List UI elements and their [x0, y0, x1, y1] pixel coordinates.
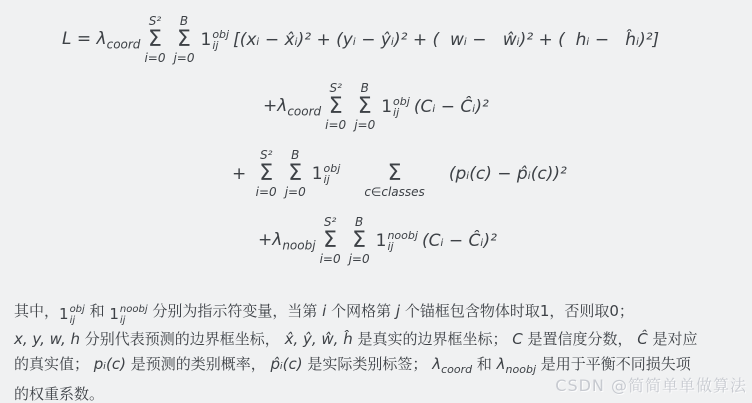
sum-grid-cells: S² Σ i=0: [144, 15, 165, 65]
variable-confidence-hat: Ĉ: [637, 330, 647, 348]
sigma-icon: Σ: [148, 28, 162, 52]
sigma-icon: Σ: [388, 162, 402, 186]
note-line-3: 的真实值； pᵢ(c) 是预测的类别概率， p̂ᵢ(c) 是实际类别标签； λc…: [14, 352, 746, 382]
loss-line-localization: L = λcoord S² Σ i=0 B Σ j=0 1 objij [(xᵢ…: [62, 15, 752, 65]
indicator-subscript: ij: [387, 241, 417, 252]
lambda-symbol: λ: [432, 355, 441, 373]
indicator-subscript: ij: [70, 315, 85, 326]
sigma-icon: Σ: [329, 95, 343, 119]
indicator-noobj: 1 noobjij: [376, 230, 418, 252]
sum-grid-cells: S² Σ i=0: [320, 216, 341, 266]
term-coefficient: +λcoord: [263, 96, 321, 118]
lambda-symbol: λ: [277, 96, 287, 116]
term-coefficient: +λnoobj: [258, 230, 316, 252]
yolo-loss-formula: L = λcoord S² Σ i=0 B Σ j=0 1 objij [(xᵢ…: [0, 0, 752, 266]
indicator-obj-inline: 1objij: [59, 302, 85, 327]
note-text: 的权重系数。: [14, 385, 104, 403]
indicator-base: 1: [201, 30, 212, 50]
indicator-scripts: objij: [324, 163, 341, 185]
indicator-base: 1: [59, 302, 69, 327]
note-text: 分别为指示符变量，当第: [148, 302, 323, 320]
indicator-base: 1: [109, 302, 119, 327]
sum-lower-limit: i=0: [325, 119, 346, 132]
lambda-subscript: coord: [287, 104, 321, 118]
sum-boxes: B Σ j=0: [285, 149, 306, 199]
indicator-obj: 1 objij: [381, 96, 410, 118]
note-text: 是真实的边界框坐标；: [353, 330, 513, 348]
lambda-symbol: λ: [272, 230, 282, 250]
class-probability-loss-terms: (pᵢ(c) − p̂ᵢ(c))²: [449, 164, 567, 184]
variables-xywh: x, y, w, h: [14, 330, 80, 348]
sum-boxes: B Σ j=0: [354, 82, 375, 132]
variable-class-prob-hat: p̂ᵢ(c): [270, 355, 302, 373]
sum-lower-limit: j=0: [354, 119, 375, 132]
note-text: 是置信度分数，: [523, 330, 638, 348]
sigma-icon: Σ: [352, 229, 366, 253]
sigma-icon: Σ: [358, 95, 372, 119]
indicator-obj: 1 objij: [201, 29, 230, 51]
coordinate-loss-terms: [(xᵢ − x̂ᵢ)² + (yᵢ − ŷᵢ)² + ( wᵢ − ŵᵢ)² …: [233, 30, 659, 50]
note-text: 和: [85, 302, 110, 320]
indicator-noobj-inline: 1noobjij: [109, 302, 147, 327]
indicator-subscript: ij: [393, 107, 410, 118]
lambda-subscript: coord: [107, 37, 141, 51]
indicator-scripts: noobjij: [120, 304, 148, 326]
note-text: 的真实值；: [14, 355, 94, 373]
indicator-scripts: objij: [212, 29, 229, 51]
note-text: 是实际类别标签；: [303, 355, 433, 373]
indicator-scripts: objij: [393, 96, 410, 118]
note-text: 是用于平衡不同损失项: [536, 355, 691, 373]
sigma-icon: Σ: [323, 229, 337, 253]
sum-boxes: B Σ j=0: [173, 15, 194, 65]
note-line-2: x, y, w, h 分别代表预测的边界框坐标， x̂, ŷ, ŵ, ĥ 是真实…: [14, 327, 746, 352]
variable-confidence: C: [512, 330, 522, 348]
plus-sign: +: [258, 230, 272, 250]
sigma-icon: Σ: [259, 162, 273, 186]
indicator-subscript: ij: [212, 40, 229, 51]
sum-lower-limit: j=0: [349, 253, 370, 266]
sum-boxes: B Σ j=0: [349, 216, 370, 266]
variable-class-prob: pᵢ(c): [94, 355, 126, 373]
sigma-icon: Σ: [177, 28, 191, 52]
lambda-symbol: λ: [97, 29, 107, 49]
note-text: 和: [472, 355, 497, 373]
note-line-4: 的权重系数。: [14, 382, 746, 403]
sum-classes: Σ c∈classes: [364, 149, 424, 199]
indicator-superscript: noobj: [120, 304, 148, 315]
lambda-subscript: noobj: [506, 363, 536, 376]
variables-xywh-hat: x̂, ŷ, ŵ, ĥ: [285, 330, 353, 348]
formula-lhs: L = λcoord: [62, 29, 140, 51]
sum-lower-limit: j=0: [285, 186, 306, 199]
sum-lower-limit: i=0: [144, 52, 165, 65]
indicator-obj: 1 objij: [312, 163, 341, 185]
indicator-base: 1: [312, 164, 323, 184]
explanation-paragraph: 其中，1objij 和 1noobjij 分别为指示符变量，当第 i 个网格第 …: [14, 299, 746, 403]
plus-sign: +: [232, 164, 252, 184]
indicator-subscript: ij: [120, 315, 148, 326]
note-line-1: 其中，1objij 和 1noobjij 分别为指示符变量，当第 i 个网格第 …: [14, 299, 746, 327]
note-text: 是预测的类别概率，: [126, 355, 271, 373]
indicator-base: 1: [381, 97, 392, 117]
indicator-superscript: obj: [70, 304, 85, 315]
indicator-subscript: ij: [324, 174, 341, 185]
plus-sign: +: [263, 96, 277, 116]
loss-line-confidence-obj: +λcoord S² Σ i=0 B Σ j=0 1 objij (Cᵢ − Ĉ…: [263, 82, 752, 132]
note-text: 个锚框包含物体时取1，否则取0；: [400, 302, 634, 320]
loss-line-confidence-noobj: +λnoobj S² Σ i=0 B Σ j=0 1 noobjij (Cᵢ −…: [258, 216, 752, 266]
indicator-scripts: objij: [70, 304, 85, 326]
sum-grid-cells: S² Σ i=0: [256, 149, 277, 199]
lambda-subscript: noobj: [282, 238, 315, 252]
indicator-scripts: noobjij: [387, 230, 417, 252]
loss-line-classification: + S² Σ i=0 B Σ j=0 1 objij Σ c∈classes (…: [232, 149, 752, 199]
note-text: 个网格第: [326, 302, 396, 320]
note-text: 分别代表预测的边界框坐标，: [80, 330, 285, 348]
note-text: 是对应: [648, 330, 698, 348]
sigma-icon: Σ: [288, 162, 302, 186]
sum-lower-limit: i=0: [320, 253, 341, 266]
sum-grid-cells: S² Σ i=0: [325, 82, 346, 132]
lambda-subscript: coord: [441, 363, 472, 376]
sum-lower-limit: i=0: [256, 186, 277, 199]
indicator-base: 1: [376, 231, 387, 251]
note-text: 其中，: [14, 302, 59, 320]
sum-lower-limit: j=0: [173, 52, 194, 65]
confidence-loss-terms: (Cᵢ − Ĉᵢ)²: [422, 231, 497, 251]
lhs-equals: L =: [62, 29, 97, 49]
confidence-loss-terms: (Cᵢ − Ĉᵢ)²: [414, 97, 489, 117]
lambda-symbol: λ: [497, 355, 506, 373]
sum-lower-limit: c∈classes: [364, 186, 424, 199]
